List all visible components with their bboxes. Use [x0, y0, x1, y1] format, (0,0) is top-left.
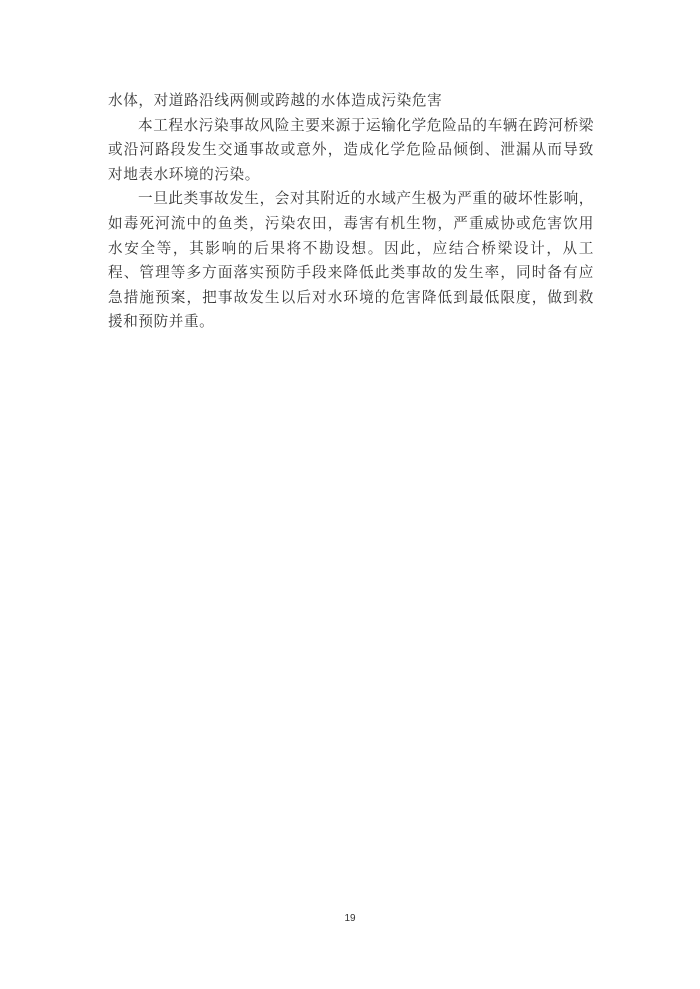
paragraph-pollution-risk-source: 本工程水污染事故风险主要来源于运输化学危险品的车辆在跨河桥梁或沿河路段发生交通事…	[108, 114, 594, 188]
page-number: 19	[0, 913, 700, 924]
paragraph-continuation: 水体，对道路沿线两侧或跨越的水体造成污染危害	[108, 89, 594, 114]
document-page: 水体，对道路沿线两侧或跨越的水体造成污染危害 本工程水污染事故风险主要来源于运输…	[0, 0, 700, 989]
body-text: 水体，对道路沿线两侧或跨越的水体造成污染危害 本工程水污染事故风险主要来源于运输…	[108, 89, 594, 335]
paragraph-accident-impact: 一旦此类事故发生，会对其附近的水域产生极为严重的破坏性影响，如毒死河流中的鱼类，…	[108, 187, 594, 335]
